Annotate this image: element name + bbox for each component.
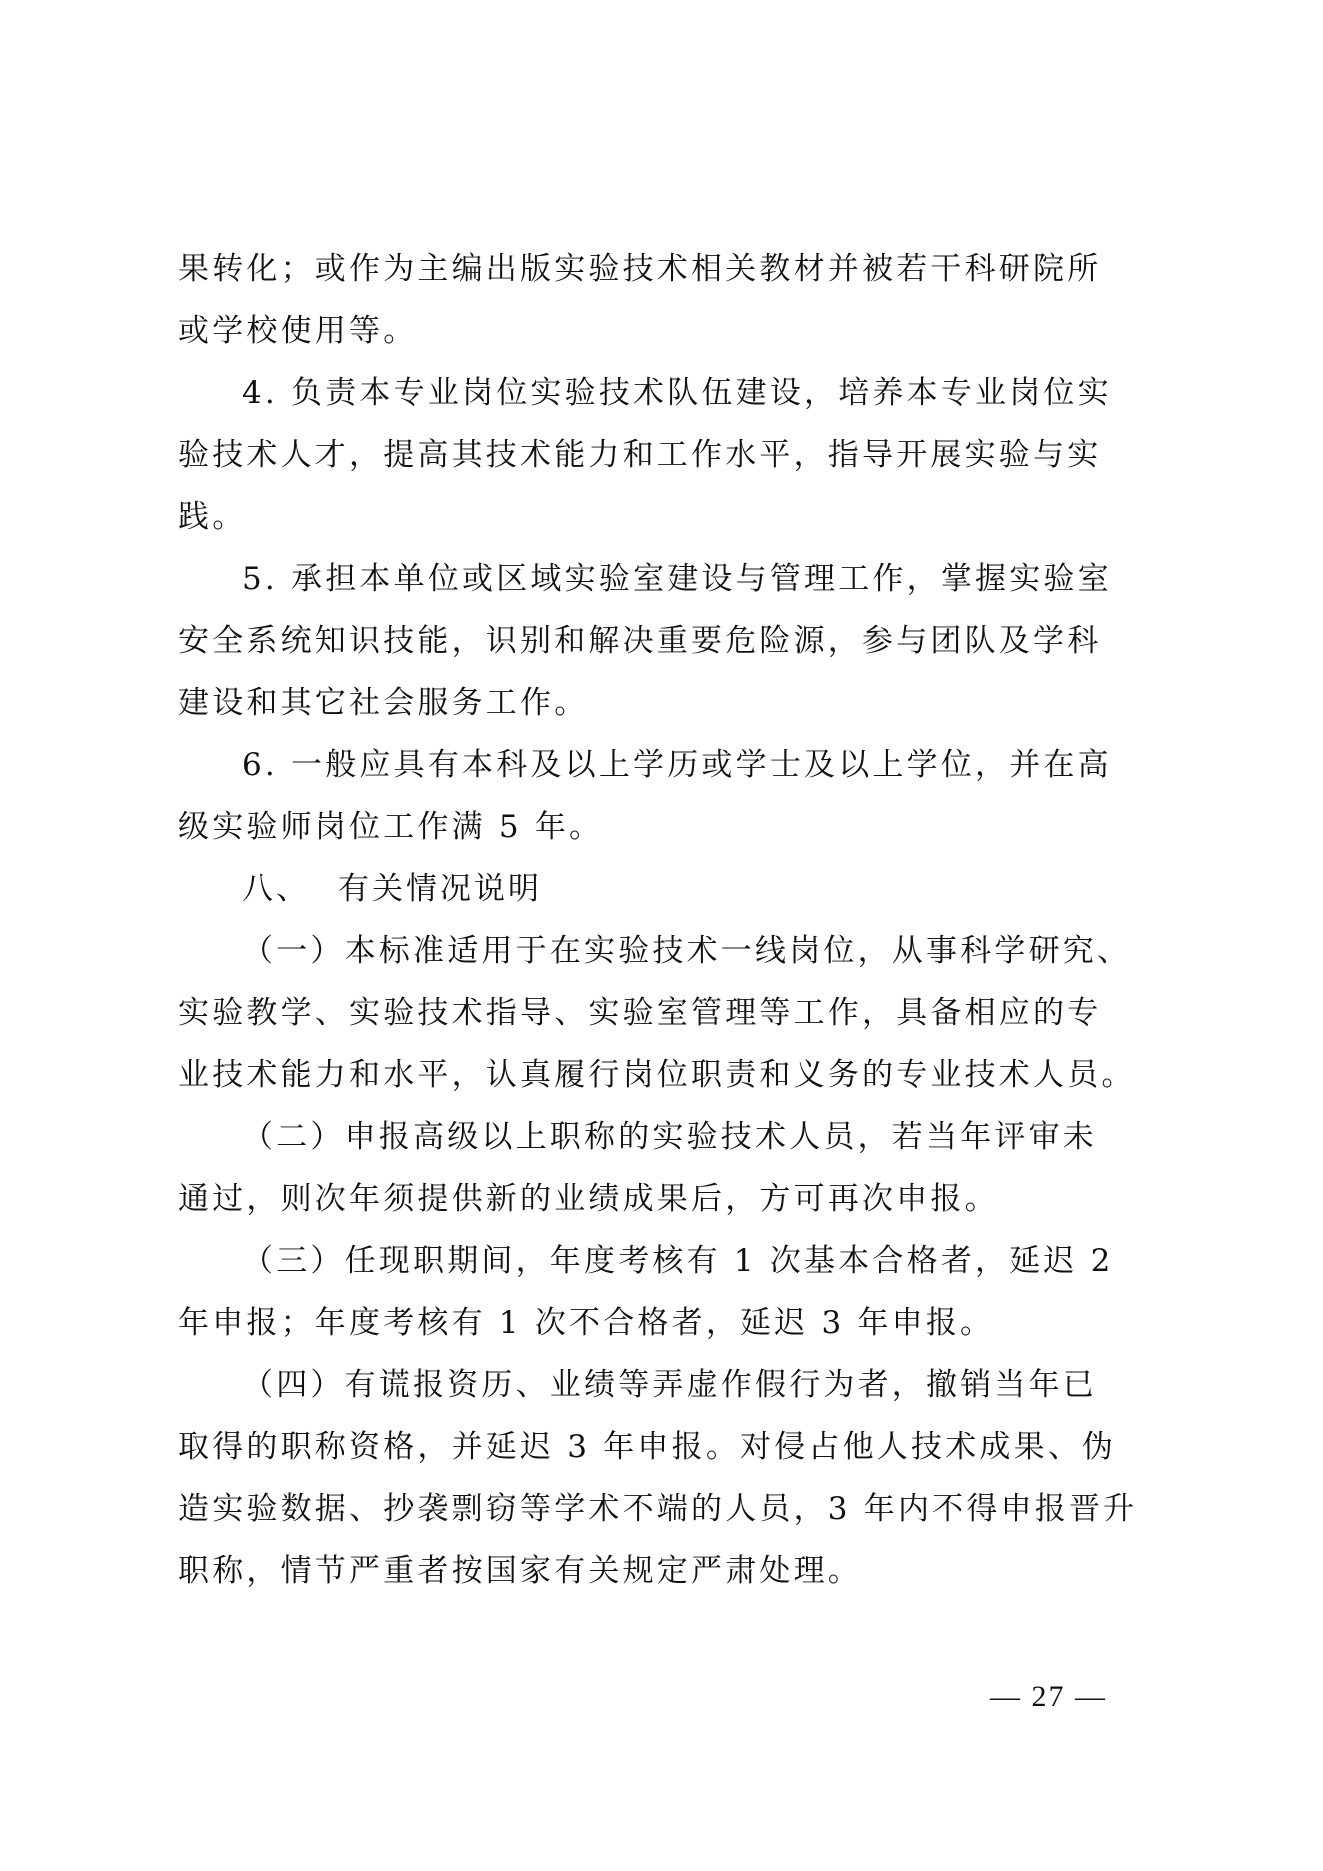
paragraph-line: 造实验数据、抄袭剽窃等学术不端的人员，3 年内不得申报晋升 [178,1478,1152,1540]
paragraph-line: 取得的职称资格，并延迟 3 年申报。对侵占他人技术成果、伪 [178,1416,1152,1478]
paragraph-line: 业技术能力和水平，认真履行岗位职责和义务的专业技术人员。 [178,1044,1152,1106]
paragraph-line: 级实验师岗位工作满 5 年。 [178,796,1152,858]
paragraph-line: 验技术人才，提高其技术能力和工作水平，指导开展实验与实 [178,424,1152,486]
paragraph-line: （四）有谎报资历、业绩等弄虚作假行为者，撤销当年已 [178,1354,1152,1416]
paragraph-line: 5. 承担本单位或区域实验室建设与管理工作，掌握实验室 [178,548,1152,610]
paragraph-line: 职称，情节严重者按国家有关规定严肃处理。 [178,1540,1152,1602]
section-title: 有关情况说明 [338,871,542,907]
paragraph-line: 践。 [178,486,1152,548]
paragraph-line: 6. 一般应具有本科及以上学历或学士及以上学位，并在高 [178,734,1152,796]
paragraph-line: （二）申报高级以上职称的实验技术人员，若当年评审未 [178,1106,1152,1168]
paragraph-line: 果转化；或作为主编出版实验技术相关教材并被若干科研院所 [178,238,1152,300]
paragraph-line: 实验教学、实验技术指导、实验室管理等工作，具备相应的专 [178,982,1152,1044]
document-body: 果转化；或作为主编出版实验技术相关教材并被若干科研院所 或学校使用等。 4. 负… [178,238,1152,1602]
paragraph-line: （三）任现职期间，年度考核有 1 次基本合格者，延迟 2 [178,1230,1152,1292]
section-heading: 八、有关情况说明 [178,858,1152,920]
paragraph-line: 4. 负责本专业岗位实验技术队伍建设，培养本专业岗位实 [178,362,1152,424]
paragraph-line: 建设和其它社会服务工作。 [178,672,1152,734]
paragraph-line: （一）本标准适用于在实验技术一线岗位，从事科学研究、 [178,920,1152,982]
paragraph-line: 安全系统知识技能，识别和解决重要危险源，参与团队及学科 [178,610,1152,672]
section-number: 八、 [242,871,310,907]
paragraph-line: 通过，则次年须提供新的业绩成果后，方可再次申报。 [178,1168,1152,1230]
paragraph-line: 或学校使用等。 [178,300,1152,362]
paragraph-line: 年申报；年度考核有 1 次不合格者，延迟 3 年申报。 [178,1292,1152,1354]
page-number: — 27 — [990,1680,1107,1714]
